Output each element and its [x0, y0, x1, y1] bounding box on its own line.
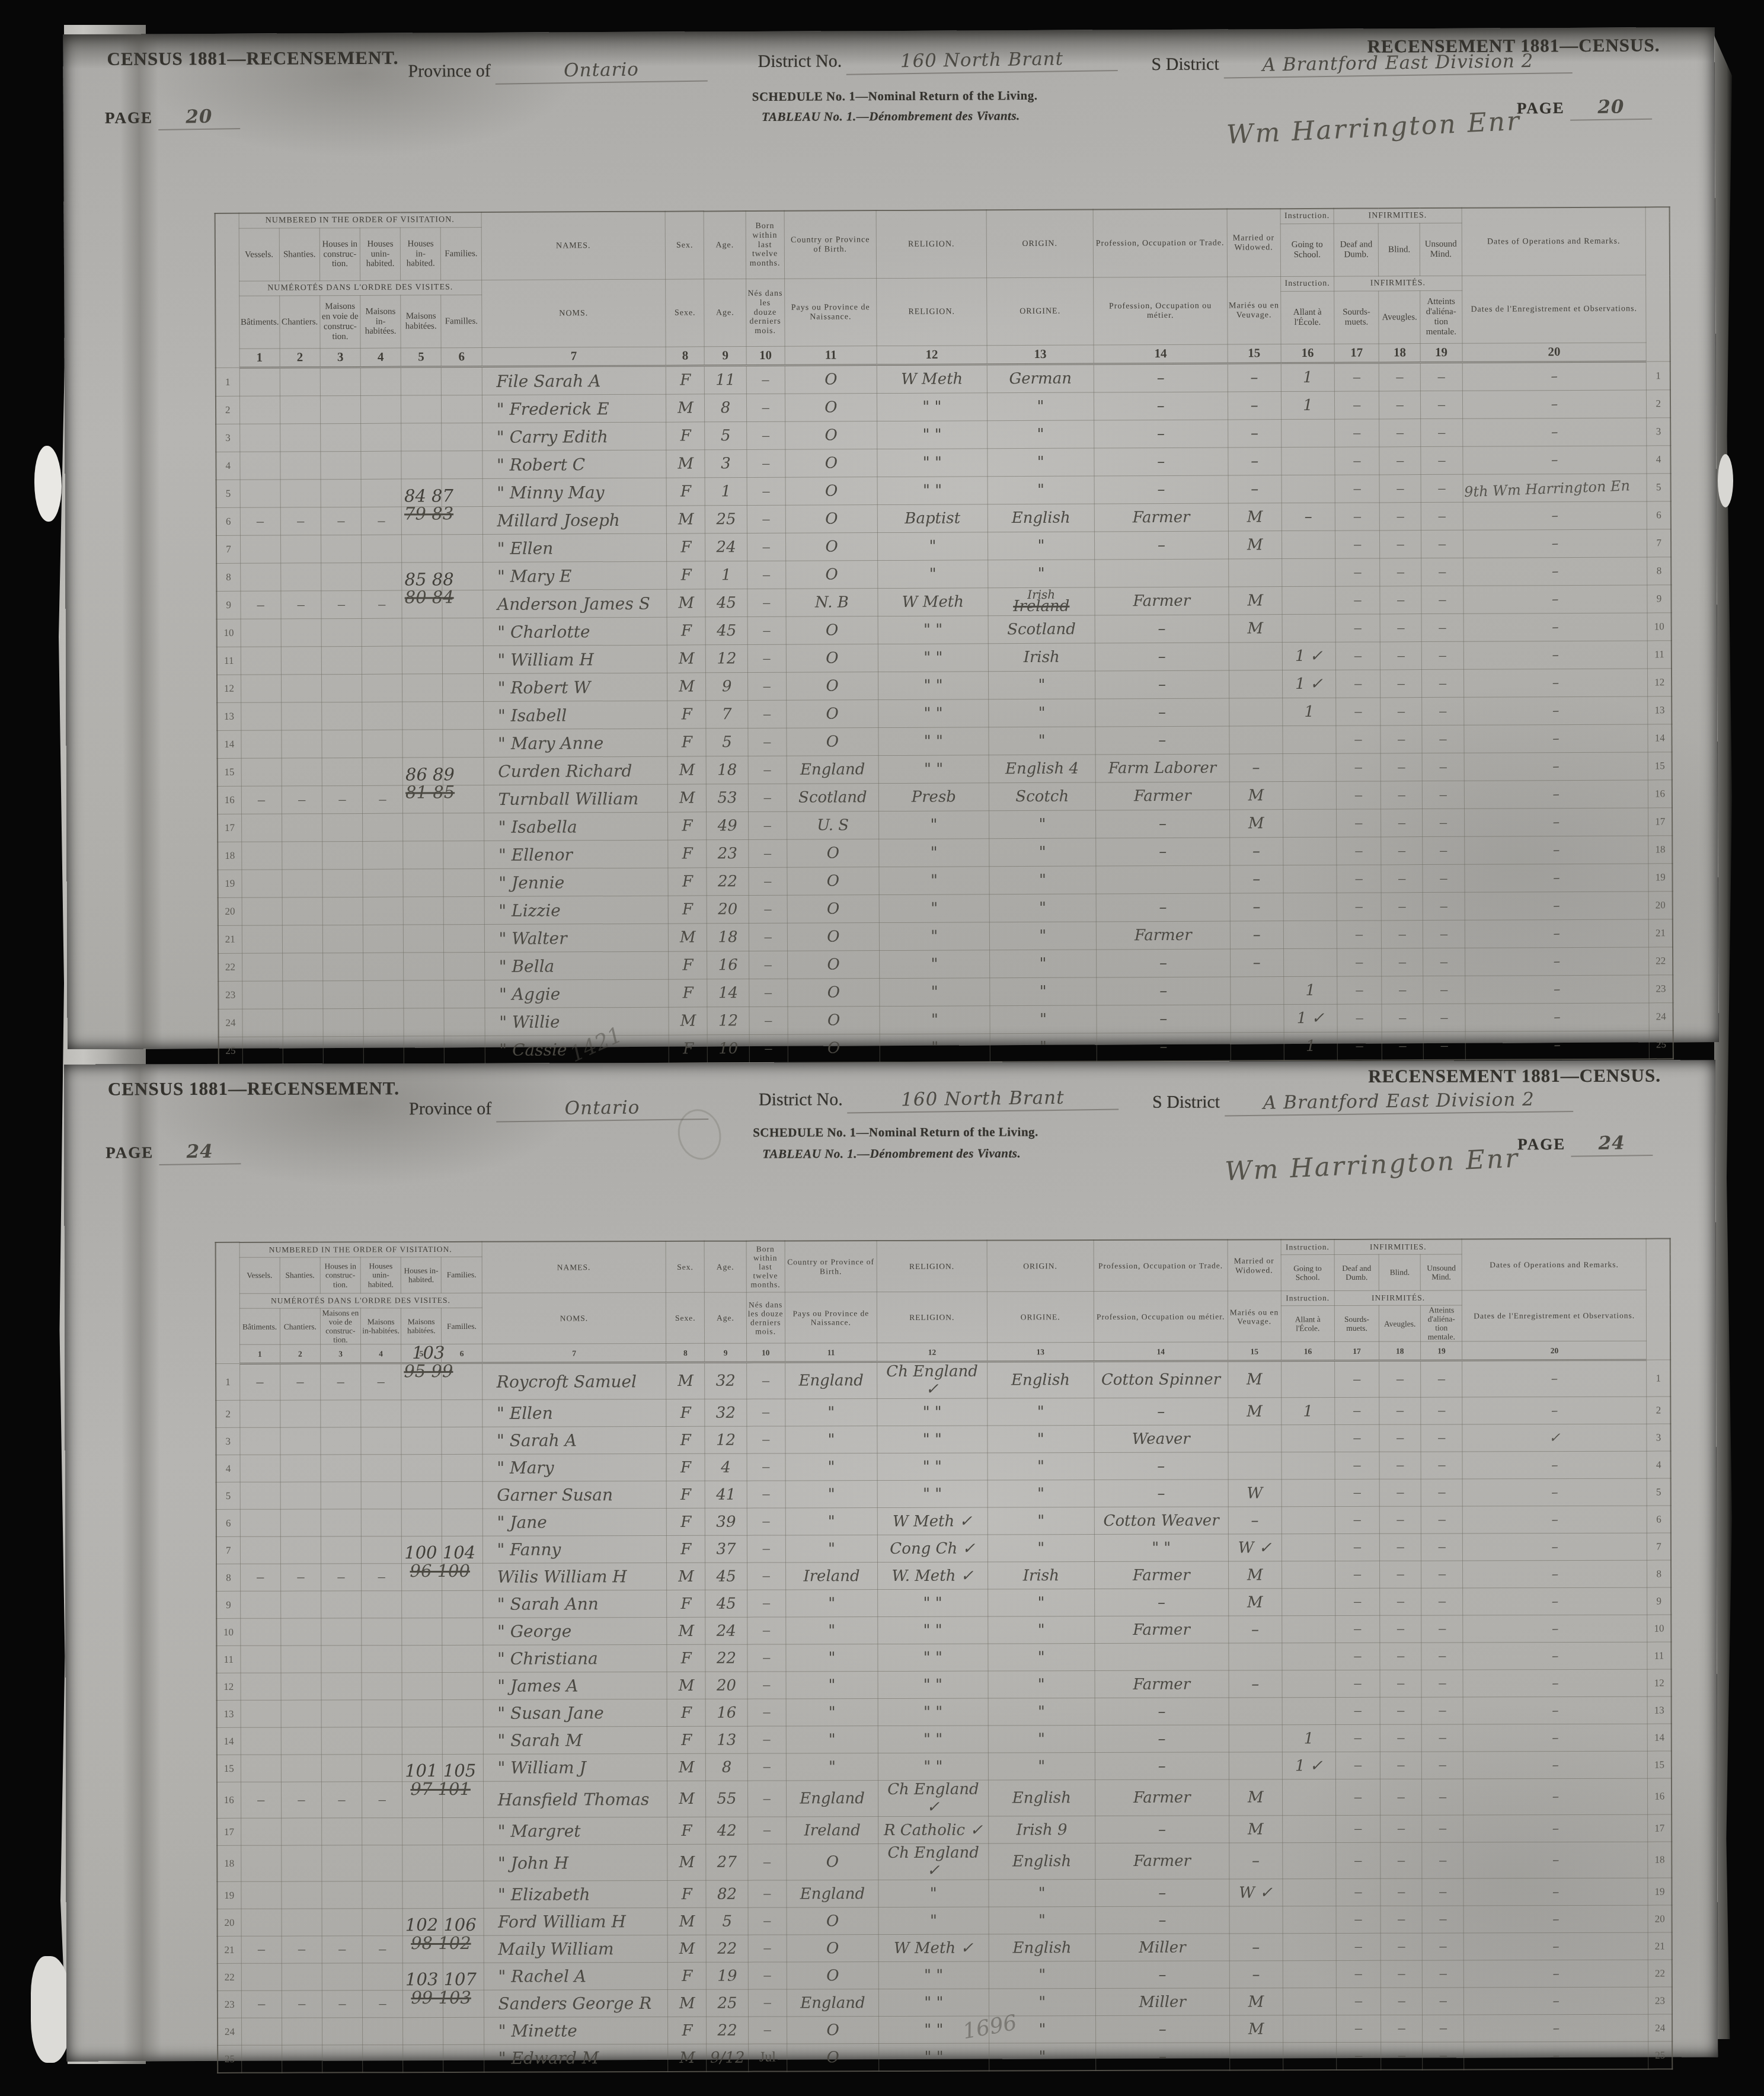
religion-cell: " — [880, 1034, 990, 1062]
going-to-school-cell — [1282, 1779, 1335, 1816]
going-to-school-cell — [1283, 1879, 1336, 1906]
visitation-cell — [280, 1509, 321, 1536]
age-cell: 22 — [707, 1935, 748, 1963]
visitation-cell — [241, 758, 282, 786]
birthplace-cell: O — [785, 505, 878, 533]
visitation-cell — [240, 563, 280, 591]
visitation-cell — [321, 646, 362, 674]
infirmities-group-header-en: INFIRMITIES. — [1334, 208, 1462, 223]
origin-cell: " — [988, 671, 1095, 699]
occupation-cell: Farmer — [1095, 782, 1229, 810]
visitation-cell — [240, 1646, 280, 1673]
born-month-cell: – — [747, 644, 786, 672]
table-row: 5Garner SusanF41–"" ""–W––––5 — [216, 1478, 1671, 1509]
name-cell: Anderson James S — [482, 589, 667, 618]
deaf-dumb-cell: – — [1336, 1906, 1380, 1934]
name-cell: " Christiana — [482, 1645, 667, 1673]
visitation-cell: – — [321, 1782, 362, 1818]
origin-cell: " — [988, 1880, 1095, 1907]
visitation-cell — [322, 925, 363, 953]
family-number-cell — [443, 1727, 483, 1755]
column-header-en: Deaf and Dumb. — [1334, 223, 1379, 276]
religion-cell: " " — [878, 1962, 989, 1989]
visitation-cell — [241, 675, 281, 702]
unsound-mind-cell: – — [1422, 1752, 1463, 1779]
row-number-left: 6 — [216, 1510, 240, 1537]
house-number-cell — [402, 1845, 443, 1881]
visitation-cell — [240, 1455, 280, 1482]
religion-cell: " " — [879, 2044, 989, 2072]
going-to-school-cell — [1283, 865, 1337, 893]
column-header-en: Vessels. — [239, 228, 280, 281]
row-number-right: 21 — [1648, 1932, 1672, 1960]
birthplace-cell: O — [787, 895, 880, 924]
age-cell: 20 — [707, 896, 749, 924]
unsound-mind-cell: – — [1423, 1031, 1465, 1060]
row-number-right: 13 — [1648, 696, 1672, 724]
row-number-right: 17 — [1648, 808, 1672, 836]
blind-cell: – — [1380, 1961, 1422, 1988]
married-widowed-cell: – — [1229, 1670, 1282, 1698]
family-number-annotation: 100 10496 100 — [404, 1544, 475, 1580]
table-row: 18" John HM27–OCh England ✓EnglishFarmer… — [217, 1842, 1672, 1881]
age-cell: 22 — [707, 868, 748, 896]
birthplace-cell: O — [786, 672, 878, 701]
house-number-cell — [403, 2018, 443, 2045]
family-number-cell — [443, 674, 483, 702]
unsound-mind-cell: – — [1421, 1561, 1463, 1588]
birthplace-cell: U. S — [787, 811, 879, 840]
visitation-cell — [280, 424, 320, 452]
visitation-cell — [362, 618, 402, 646]
unsound-mind-cell: – — [1421, 474, 1462, 502]
deaf-dumb-cell: – — [1335, 1616, 1380, 1643]
family-number-annotation: 102 10698 102 — [405, 1916, 477, 1952]
sex-cell: M — [668, 2044, 707, 2072]
birthplace-cell: Ireland — [786, 1817, 878, 1844]
visitation-cell — [242, 870, 282, 897]
family-number-cell — [443, 813, 484, 841]
origin-cell: " — [989, 950, 1097, 978]
visitation-cell — [322, 841, 363, 869]
house-number-cell — [404, 953, 444, 980]
married-widowed-cell: – — [1228, 1507, 1282, 1534]
origin-cell: English — [988, 504, 1095, 532]
census-table-page-20: NUMBERED IN THE ORDER OF VISITATION.NAME… — [215, 206, 1674, 1066]
married-widowed-cell: M — [1229, 782, 1283, 810]
sex-cell: F — [668, 812, 707, 840]
column-header-fr: Nés dans les douze derniers mois. — [746, 279, 785, 346]
column-header-en: Deaf and Dumb. — [1334, 1254, 1379, 1290]
deaf-dumb-cell: – — [1335, 1643, 1380, 1670]
row-number-left: 17 — [217, 1819, 241, 1846]
row-number-left: 22 — [218, 953, 242, 981]
birthplace-cell: O — [788, 1034, 880, 1063]
house-number-cell — [401, 1482, 442, 1509]
origin-cell: " — [988, 532, 1095, 560]
row-number-left: 23 — [218, 1991, 241, 2018]
religion-cell: W Meth — [878, 588, 988, 616]
age-cell: 18 — [707, 756, 748, 784]
house-number-cell — [402, 1618, 442, 1646]
origin-cell: " — [988, 1480, 1095, 1507]
origin-cell: English 4 — [989, 755, 1096, 783]
origin-cell: Irish — [988, 643, 1095, 672]
column-header-fr: Dates de l'Enregistrement et Observation… — [1462, 275, 1646, 343]
deaf-dumb-cell: – — [1335, 1589, 1380, 1616]
column-header-en: Sex. — [666, 1241, 704, 1293]
visitation-cell — [362, 1618, 402, 1646]
unsound-mind-cell: – — [1422, 669, 1463, 697]
married-widowed-cell — [1228, 1425, 1281, 1452]
column-header-en: Country or Province of Birth. — [785, 1241, 877, 1292]
column-header-en: Shanties. — [280, 1257, 320, 1293]
unsound-mind-cell: – — [1423, 948, 1465, 976]
visitation-cell: – — [281, 591, 321, 619]
name-cell: " Isabell — [483, 701, 667, 729]
remarks-cell: – — [1463, 1506, 1647, 1534]
page-number-value: 24 — [1571, 1132, 1653, 1157]
visitation-cell — [362, 563, 402, 590]
column-header-fr: Atteints d'aliéna-tion mentale. — [1421, 1305, 1462, 1342]
origin-cell: " — [988, 1644, 1095, 1671]
religion-cell: " " — [878, 616, 988, 644]
going-to-school-cell: 1 — [1282, 1398, 1335, 1425]
remarks-cell: – — [1463, 1724, 1648, 1752]
row-number-left: 24 — [218, 1009, 242, 1037]
sex-cell: M — [667, 506, 705, 533]
row-number-right: 16 — [1648, 780, 1672, 808]
religion-cell: Baptist — [877, 504, 988, 533]
row-number-left: 19 — [217, 1882, 241, 1909]
column-header-en: Going to School. — [1280, 223, 1334, 276]
married-widowed-cell — [1231, 1005, 1284, 1033]
family-number-cell — [442, 1455, 482, 1482]
born-month-cell: – — [747, 1844, 786, 1880]
sex-cell: F — [667, 561, 705, 589]
row-number-column-header — [1645, 207, 1670, 362]
blind-cell: – — [1380, 1643, 1421, 1670]
age-cell: 5 — [707, 1908, 748, 1935]
married-widowed-cell: M — [1228, 1589, 1282, 1616]
visitation-cell — [281, 1646, 321, 1673]
origin-cell: " — [987, 420, 1094, 449]
family-number-cell — [442, 1400, 482, 1427]
blind-cell: – — [1380, 531, 1421, 558]
sub-district-label: S District — [1151, 55, 1219, 74]
unsound-mind-cell: – — [1421, 1697, 1463, 1724]
visitation-cell — [321, 1455, 361, 1482]
visitation-cell — [281, 702, 321, 730]
name-cell: " Sarah Ann — [482, 1590, 667, 1618]
sex-cell: F — [667, 1817, 706, 1845]
age-cell: 19 — [707, 1963, 748, 1990]
visitation-cell — [320, 395, 360, 423]
unsound-mind-cell: – — [1421, 1533, 1463, 1561]
visitation-cell: – — [321, 1564, 361, 1591]
unsound-mind-cell: – — [1421, 586, 1463, 614]
name-cell: " Robert W — [483, 673, 667, 701]
birthplace-cell: O — [787, 839, 879, 868]
religion-cell: " " — [878, 1726, 988, 1753]
going-to-school-cell — [1282, 1816, 1335, 1843]
deaf-dumb-cell: – — [1337, 948, 1382, 976]
remarks-cell: – — [1464, 2015, 1648, 2043]
visitation-cell — [363, 953, 404, 980]
sex-cell: F — [668, 2017, 707, 2044]
age-cell: 22 — [707, 2017, 748, 2044]
column-header-fr: Sexe. — [666, 1292, 705, 1344]
province-field: Province of Ontario — [409, 1097, 708, 1122]
column-header-fr: Maisons in-habitées. — [360, 295, 401, 348]
married-widowed-cell: – — [1228, 475, 1282, 503]
name-cell: " Jennie — [484, 868, 668, 896]
age-cell: 27 — [706, 1845, 747, 1881]
row-number-left: 11 — [216, 1646, 240, 1673]
deaf-dumb-cell: – — [1336, 1843, 1380, 1879]
table-header: NUMBERED IN THE ORDER OF VISITATION.NAME… — [215, 207, 1670, 368]
unsound-mind-cell: – — [1421, 1452, 1462, 1479]
name-cell: " James A — [483, 1672, 667, 1700]
age-cell: 9 — [706, 673, 747, 701]
column-header-fr: Nés dans les douze derniers mois. — [746, 1292, 785, 1344]
birthplace-cell: O — [787, 923, 880, 951]
row-number-left: 25 — [218, 2046, 241, 2073]
origin-cell: " — [987, 392, 1094, 421]
birthplace-cell: O — [787, 1962, 878, 1989]
visitation-cell — [239, 396, 280, 424]
married-widowed-cell: M — [1229, 1779, 1282, 1816]
column-header-fr: Atteints d'aliéna-tion mentale. — [1420, 290, 1462, 343]
sub-district-field: S District A Brantford East Division 2 — [1151, 52, 1572, 77]
house-number-cell — [403, 841, 443, 869]
scanned-census-document: { "labels": { "title_left": "CENSUS 1881… — [0, 0, 1764, 2096]
visitation-cell — [323, 980, 363, 1008]
blind-cell: – — [1380, 726, 1422, 753]
table-row: 4" MaryF4–"" ""–––––4 — [216, 1451, 1671, 1482]
remarks-cell: – — [1463, 669, 1648, 697]
married-widowed-cell: M — [1228, 587, 1282, 615]
visitation-cell — [322, 758, 362, 785]
visitation-cell — [322, 730, 362, 758]
row-number-right: 25 — [1649, 1031, 1673, 1059]
house-number-cell: 85 8880 84 — [402, 590, 442, 618]
going-to-school-cell — [1282, 1534, 1335, 1561]
blind-cell: – — [1379, 447, 1421, 475]
occupation-cell: – — [1096, 2015, 1230, 2043]
visitation-cell — [241, 1846, 281, 1882]
birthplace-cell: Ireland — [785, 1563, 877, 1590]
birthplace-cell: " — [785, 1590, 877, 1617]
visitation-cell — [361, 1427, 401, 1455]
column-number: 19 — [1421, 1341, 1462, 1360]
family-number-cell — [442, 1700, 482, 1727]
birthplace-cell: " — [785, 1399, 877, 1426]
remarks-cell: – — [1465, 975, 1649, 1004]
remarks-cell: – — [1463, 1615, 1647, 1643]
column-number: 2 — [280, 349, 320, 368]
name-cell: " Bella — [484, 951, 669, 980]
origin-cell: English — [987, 1362, 1094, 1398]
age-cell: 12 — [705, 1427, 746, 1454]
sex-cell: F — [667, 701, 706, 729]
column-header-fr: Dates de l'Enregistrement et Observation… — [1462, 1290, 1647, 1341]
origin-cell: " — [988, 1726, 1095, 1753]
column-number: 8 — [666, 1344, 705, 1363]
row-number-left: 21 — [218, 925, 242, 953]
row-number-left: 3 — [216, 424, 239, 452]
married-widowed-cell: – — [1229, 1934, 1283, 1961]
visitation-cell: – — [321, 1363, 361, 1400]
deaf-dumb-cell: – — [1335, 1725, 1380, 1752]
name-cell: Roycroft Samuel — [482, 1363, 666, 1400]
deaf-dumb-cell: – — [1335, 1752, 1380, 1779]
married-widowed-cell: – — [1228, 392, 1281, 420]
unsound-mind-cell: – — [1423, 920, 1465, 948]
unsound-mind-cell: – — [1422, 1815, 1463, 1842]
blind-cell: – — [1380, 1988, 1422, 2015]
house-number-cell: 101 10597 101 — [402, 1782, 443, 1818]
unsound-mind-cell: – — [1422, 753, 1463, 781]
occupation-cell: – — [1095, 1589, 1229, 1616]
deaf-dumb-cell: – — [1335, 670, 1380, 698]
religion-cell: W Meth — [877, 365, 987, 394]
religion-cell: " " — [879, 1989, 989, 2017]
deaf-dumb-cell: – — [1335, 503, 1379, 531]
unsound-mind-cell: – — [1421, 1479, 1462, 1506]
name-cell: " Willie — [485, 1007, 669, 1036]
religion-cell: " " — [877, 1399, 988, 1426]
column-header-en: Shanties. — [279, 228, 320, 281]
birthplace-cell: O — [785, 394, 877, 422]
birthplace-cell: " — [785, 1426, 877, 1453]
name-cell: " Rachel A — [484, 1963, 668, 1990]
birthplace-cell: O — [785, 365, 877, 394]
religion-cell: R Catholic ✓ — [878, 1817, 989, 1844]
going-to-school-cell: – — [1282, 503, 1335, 531]
married-widowed-cell — [1228, 1452, 1282, 1480]
age-cell: 18 — [707, 924, 749, 951]
origin-cell: " — [989, 810, 1096, 839]
married-widowed-cell: – — [1229, 865, 1283, 893]
house-number-cell — [402, 1818, 443, 1845]
visitation-cell — [239, 1401, 280, 1428]
column-header-en: NAMES. — [482, 1241, 666, 1293]
enumerator-signature: Wm Harrington Enr — [1224, 1143, 1520, 1187]
born-month-cell: – — [747, 1563, 785, 1590]
deaf-dumb-cell: – — [1336, 781, 1380, 809]
column-header-en: Families. — [441, 228, 482, 280]
visitation-cell — [363, 897, 403, 925]
going-to-school-cell — [1283, 1906, 1336, 1934]
name-cell: " Mary E — [482, 561, 667, 590]
sex-cell: M — [667, 1781, 706, 1817]
row-number-left: 21 — [218, 1937, 241, 1964]
deaf-dumb-cell: – — [1335, 1534, 1379, 1561]
visitation-cell — [322, 869, 363, 897]
born-month-cell: – — [748, 1935, 787, 1962]
occupation-cell: – — [1094, 420, 1228, 448]
name-cell: " Mary Anne — [483, 729, 667, 757]
visitation-cell — [363, 980, 404, 1008]
remarks-cell: – — [1463, 1479, 1647, 1507]
visitation-cell — [283, 1009, 323, 1037]
origin-cell: Scotch — [989, 782, 1096, 811]
instruction-group-header-fr: Instruction. — [1281, 1291, 1334, 1306]
census-title-left: CENSUS 1881—RECENSEMENT. — [108, 1078, 400, 1100]
remarks-cell: – — [1465, 919, 1649, 948]
occupation-cell: Weaver — [1094, 1425, 1228, 1453]
row-number-left: 7 — [216, 1537, 240, 1564]
religion-cell: Ch England ✓ — [877, 1362, 988, 1399]
visitation-cell — [321, 1646, 362, 1673]
married-widowed-cell — [1229, 698, 1282, 726]
family-number-cell — [443, 1845, 483, 1881]
occupation-cell: Farmer — [1095, 1561, 1229, 1589]
birthplace-cell: England — [787, 1989, 878, 2017]
birthplace-cell: " — [786, 1726, 878, 1753]
row-number-left: 16 — [218, 786, 241, 814]
column-header-en: ORIGIN. — [987, 1240, 1094, 1292]
column-header-en: RELIGION. — [876, 210, 986, 278]
visitation-cell — [283, 1037, 323, 1065]
occupation-cell: – — [1095, 670, 1229, 699]
visitation-cell: – — [362, 1936, 402, 1963]
blind-cell: – — [1380, 1616, 1421, 1643]
visitation-cell — [281, 675, 321, 702]
visitation-cell — [239, 424, 280, 452]
column-header-fr: Bâtiments. — [239, 1308, 280, 1345]
visitation-cell — [281, 1700, 321, 1727]
family-number-cell — [444, 952, 484, 980]
born-month-cell: – — [746, 421, 785, 449]
column-number: 10 — [746, 1343, 785, 1362]
remarks-cell: – — [1463, 501, 1647, 530]
column-header-en: Dates of Operations and Remarks. — [1462, 1239, 1647, 1290]
name-cell: " Mary — [482, 1454, 667, 1482]
birthplace-cell: O — [787, 728, 879, 756]
birthplace-cell: O — [785, 533, 878, 561]
born-month-cell: – — [749, 1007, 788, 1034]
row-number-right: 17 — [1648, 1814, 1672, 1842]
torn-paper-fragment — [34, 446, 62, 522]
column-number: 1 — [239, 349, 280, 368]
enumerator-signature: Wm Harrington Enr — [1226, 106, 1522, 151]
unsound-mind-cell: – — [1423, 1960, 1464, 1988]
deaf-dumb-cell: – — [1336, 1934, 1380, 1961]
remarks-cell: – — [1463, 613, 1648, 641]
born-month-cell: – — [747, 1535, 785, 1563]
sex-cell: M — [667, 1754, 706, 1781]
row-number-right: 10 — [1647, 613, 1671, 641]
birthplace-cell: England — [786, 1781, 878, 1817]
visitation-cell — [323, 1008, 363, 1036]
deaf-dumb-cell: – — [1335, 642, 1380, 670]
deaf-dumb-cell: – — [1337, 837, 1381, 865]
visitation-cell — [282, 2018, 322, 2045]
column-header-fr: Maisons en voie de construc-tion. — [320, 295, 361, 348]
column-header-en: Born within last twelve months. — [746, 211, 785, 279]
family-number-cell — [443, 702, 483, 730]
row-number-right: 7 — [1647, 529, 1671, 557]
row-number-left: 23 — [218, 981, 242, 1009]
religion-cell: " — [878, 1908, 989, 1935]
deaf-dumb-cell: – — [1335, 1561, 1379, 1589]
sex-cell: F — [666, 1454, 705, 1481]
deaf-dumb-cell: – — [1337, 976, 1382, 1004]
visitation-cell — [242, 1009, 283, 1037]
born-month-cell: – — [747, 1453, 785, 1481]
